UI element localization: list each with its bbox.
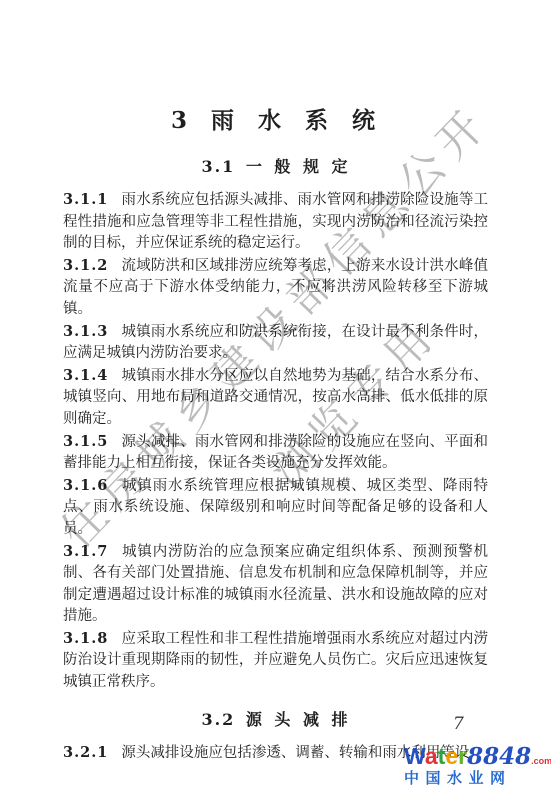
clause-3-1-2: 3.1.2流域防洪和区域排涝应统筹考虑，上游来水设计洪水峰值流量不应高于下游水体… <box>63 255 488 321</box>
clause-3-1-4: 3.1.4城镇雨水排水分区应以自然地势为基础，结合水系分布、城镇竖向、用地布局和… <box>63 365 488 431</box>
document-page: 住房城乡建设部信息公开 浏览专用 3 雨 水 系 统 3.1 一 般 规 定 3… <box>0 0 551 798</box>
logo-letter: W <box>404 743 425 769</box>
logo-letter: e <box>445 743 458 769</box>
clause-text: 城镇雨水排水分区应以自然地势为基础，结合水系分布、城镇竖向、用地布局和道路交通情… <box>63 368 488 427</box>
clause-number: 3.1.2 <box>63 257 108 274</box>
clause-number: 3.2.1 <box>63 744 108 761</box>
section-heading-3-2: 3.2 源 头 减 排 <box>63 709 488 731</box>
clause-number: 3.1.6 <box>63 477 108 494</box>
clause-number: 3.1.4 <box>63 367 108 384</box>
clause-3-1-8: 3.1.8应采取工程性和非工程性措施增强雨水系统应对超过内涝防治设计重现期降雨的… <box>63 628 488 694</box>
logo-com-text: .com <box>531 756 551 766</box>
clause-text: 城镇雨水系统应和防洪系统衔接，在设计最不利条件时，应满足城镇内涝防治要求。 <box>63 324 488 362</box>
clause-number: 3.1.8 <box>63 630 108 647</box>
logo-wordmark: Water8848.com <box>404 745 546 768</box>
clause-text: 流域防洪和区域排涝应统筹考虑，上游来水设计洪水峰值流量不应高于下游水体受纳能力，… <box>63 258 488 317</box>
clause-number: 3.1.3 <box>63 323 108 340</box>
clause-text: 源头减排、雨水管网和排涝除险的设施应在竖向、平面和蓄排能力上相互衔接，保证各类设… <box>63 434 488 472</box>
water8848-logo: Water8848.com 中国水业网 <box>404 745 546 786</box>
clause-number: 3.1.1 <box>63 191 108 208</box>
page-content: 3 雨 水 系 统 3.1 一 般 规 定 3.1.1雨水系统应包括源头减排、雨… <box>63 0 488 764</box>
clause-text: 雨水系统应包括源头减排、雨水管网和排涝除险设施等工程性措施和应急管理等非工程性措… <box>63 192 488 251</box>
clause-number: 3.1.7 <box>63 543 108 560</box>
section-heading-3-1: 3.1 一 般 规 定 <box>63 156 488 178</box>
clause-3-1-3: 3.1.3城镇雨水系统应和防洪系统衔接，在设计最不利条件时，应满足城镇内涝防治要… <box>63 321 488 365</box>
clause-3-1-5: 3.1.5源头减排、雨水管网和排涝除险的设施应在竖向、平面和蓄排能力上相互衔接，… <box>63 431 488 475</box>
chapter-title: 3 雨 水 系 统 <box>63 106 488 136</box>
logo-letter: r <box>458 743 467 769</box>
clause-3-1-7: 3.1.7城镇内涝防治的应急预案应确定组织体系、预测预警机制、各有关部门处置措施… <box>63 541 488 628</box>
logo-8848-text: 8848 <box>467 743 531 770</box>
logo-letter: a <box>425 743 438 769</box>
page-number: 7 <box>453 714 464 734</box>
clause-3-1-1: 3.1.1雨水系统应包括源头减排、雨水管网和排涝除险设施等工程性措施和应急管理等… <box>63 189 488 255</box>
clause-text: 城镇雨水系统管理应根据城镇规模、城区类型、降雨特点、雨水系统设施、保障级别和响应… <box>63 478 488 537</box>
logo-subtitle: 中国水业网 <box>404 771 546 786</box>
clause-3-1-6: 3.1.6城镇雨水系统管理应根据城镇规模、城区类型、降雨特点、雨水系统设施、保障… <box>63 475 488 541</box>
logo-water-text: Water <box>404 751 467 768</box>
clause-text: 城镇内涝防治的应急预案应确定组织体系、预测预警机制、各有关部门处置措施、信息发布… <box>63 544 488 625</box>
clause-number: 3.1.5 <box>63 433 108 450</box>
clause-text: 应采取工程性和非工程性措施增强雨水系统应对超过内涝防治设计重现期降雨的韧性，并应… <box>63 631 488 690</box>
